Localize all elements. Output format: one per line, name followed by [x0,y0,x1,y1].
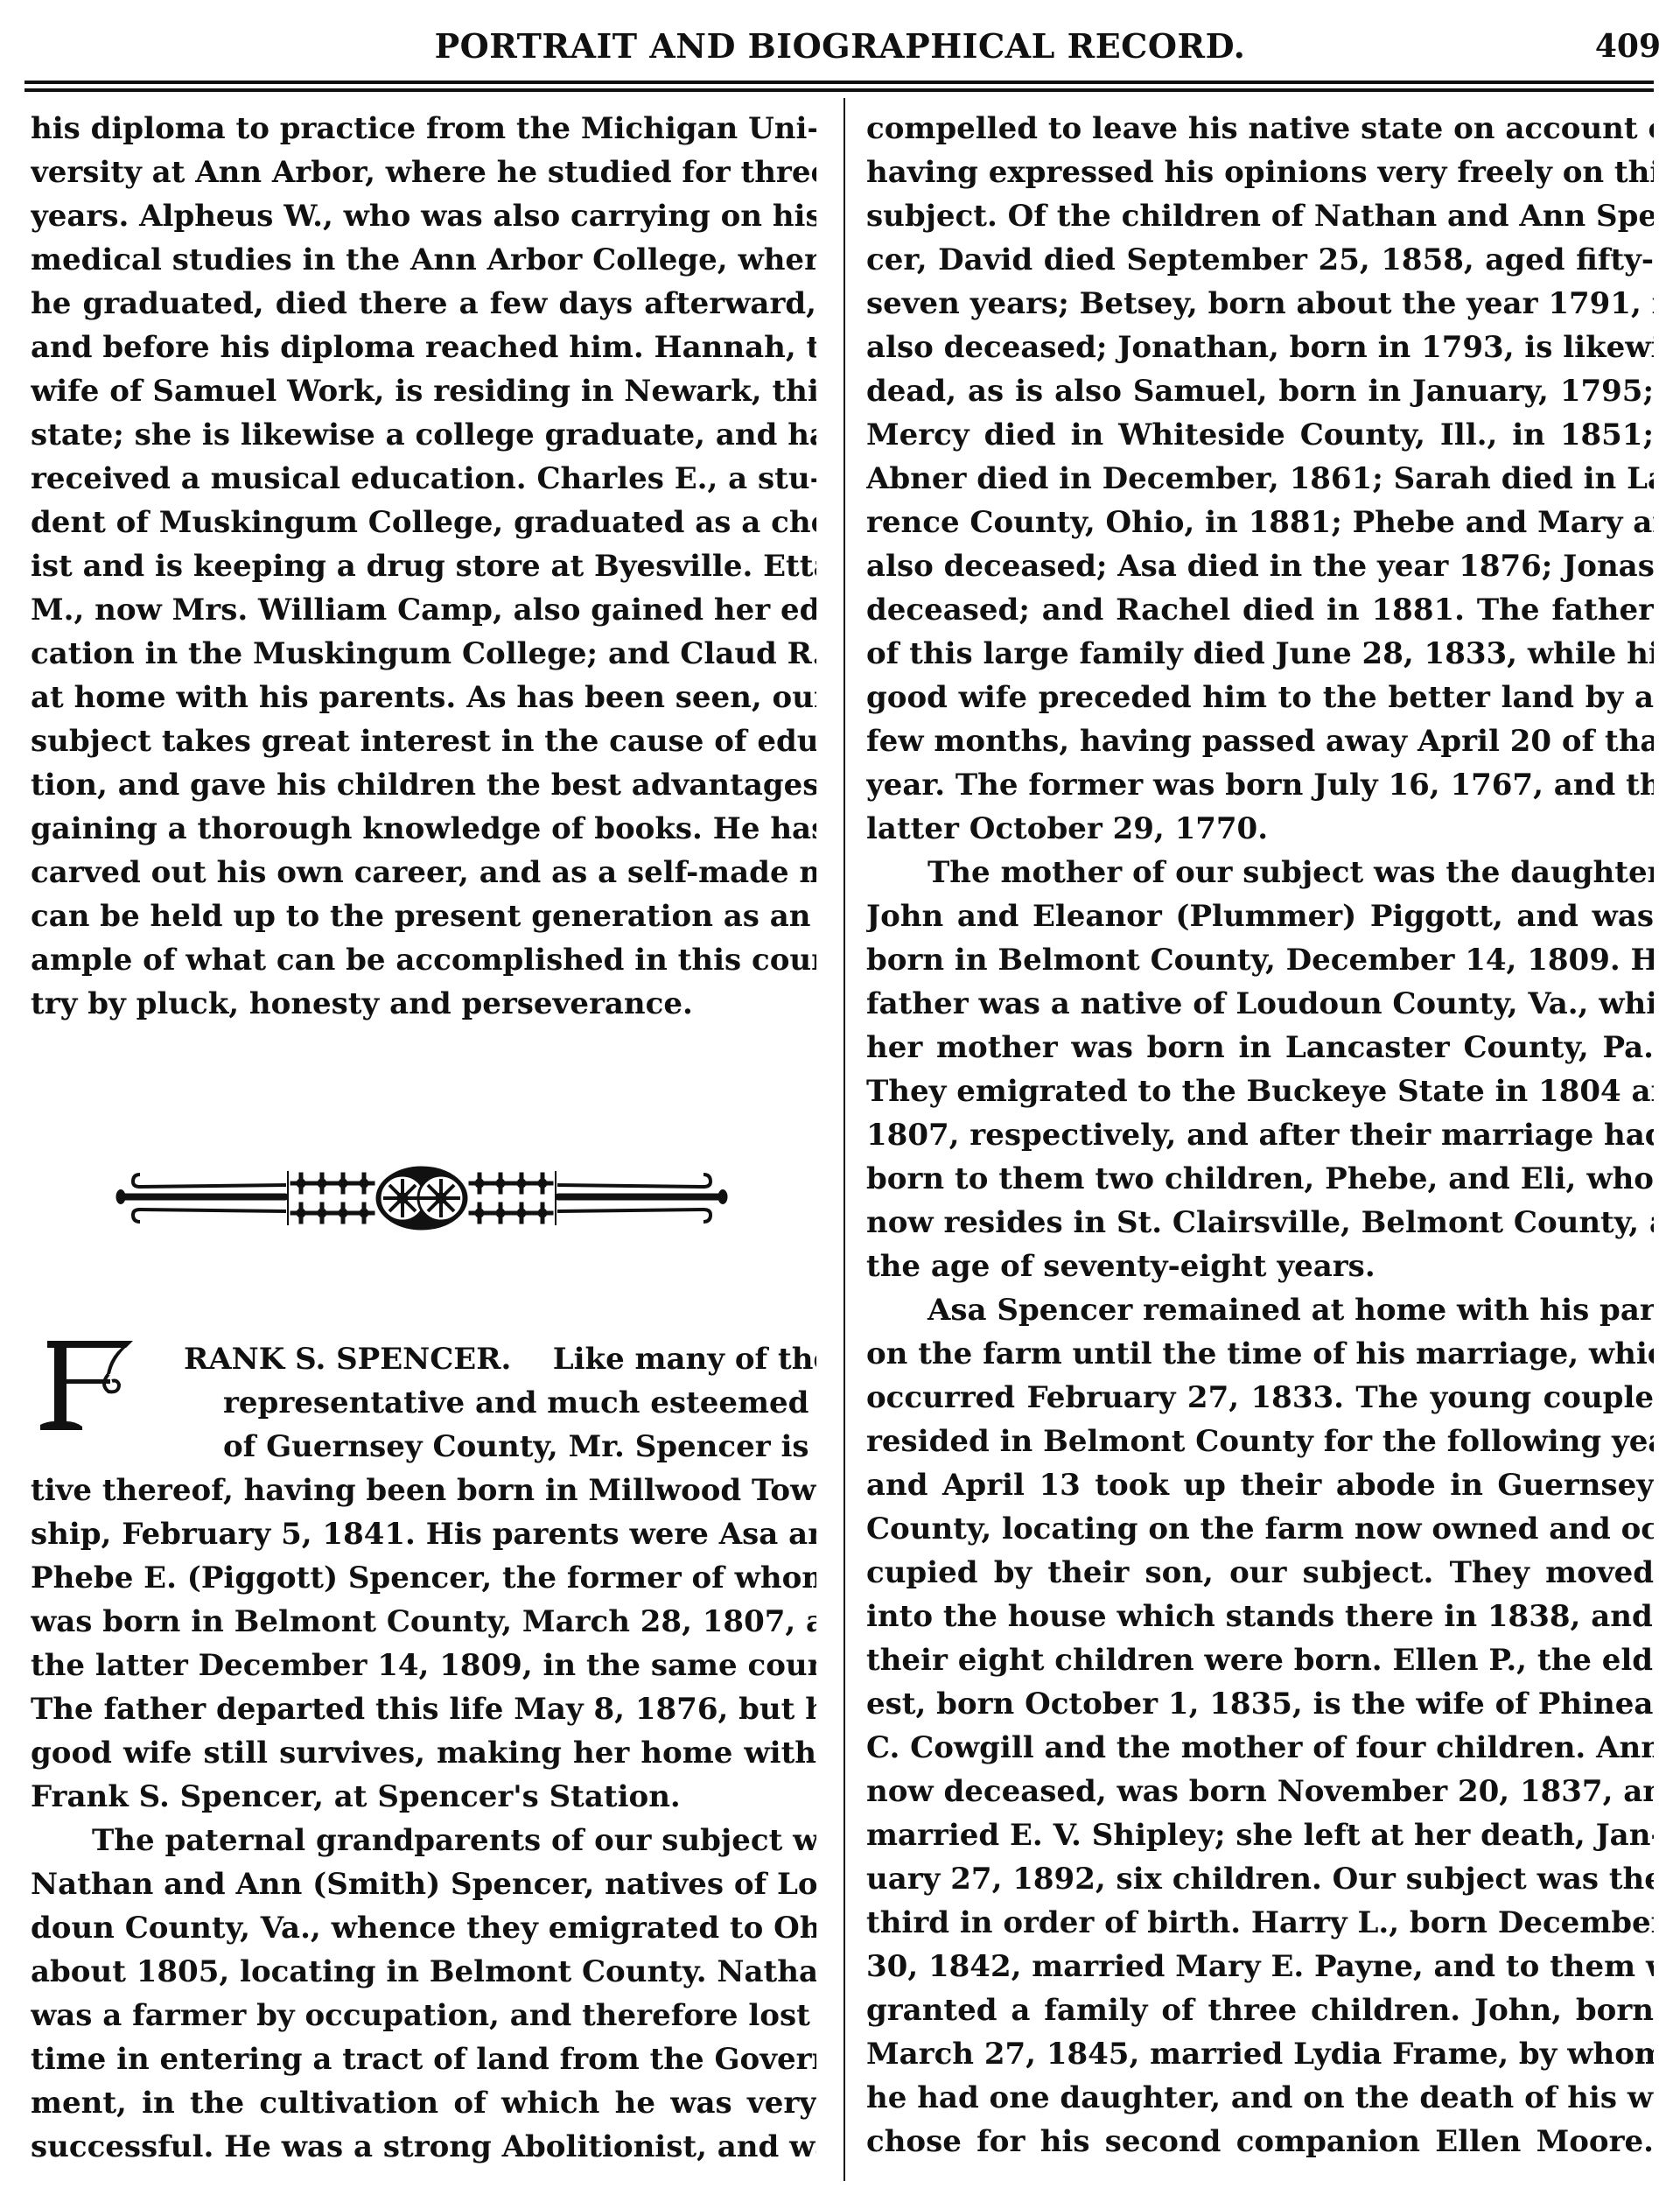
text-line: Phebe E. (Piggott) Spencer, the former o… [31,1556,816,1600]
text-line: third in order of birth. Harry L., born … [866,1901,1654,1945]
text-line: try by pluck, honesty and perseverance. [31,982,816,1026]
text-line: born to them two children, Phebe, and El… [866,1157,1654,1201]
text-line: seven years; Betsey, born about the year… [866,282,1654,326]
text-line: good wife still survives, making her hom… [31,1731,816,1775]
text-line: John and Eleanor (Plummer) Piggott, and … [866,894,1654,938]
text-line: and before his diploma reached him. Hann… [31,326,816,369]
decorative-ornament-icon [115,1164,728,1232]
text-line: 30, 1842, married Mary E. Payne, and to … [866,1945,1654,1988]
text-line: Abner died in December, 1861; Sarah died… [866,457,1654,501]
text-line: C. Cowgill and the mother of four childr… [866,1726,1654,1770]
text-line: also deceased; Asa died in the year 1876… [866,544,1654,588]
text-line: tion, and gave his children the best adv… [31,763,816,807]
text-line: dead, as is also Samuel, born in January… [866,369,1654,413]
text-line: They emigrated to the Buckeye State in 1… [866,1069,1654,1113]
text-line: gaining a thorough knowledge of books. H… [31,807,816,851]
text-line: granted a family of three children. John… [866,1988,1654,2032]
text-line: father was a native of Loudoun County, V… [866,982,1654,1026]
text-line: ample of what can be accomplished in thi… [31,938,816,982]
text-line: received a musical education. Charles E.… [31,457,816,501]
right-column: compelled to leave his native state on a… [866,107,1654,2163]
text-line: having expressed his opinions very freel… [866,151,1654,194]
text-line: he had one daughter, and on the death of… [866,2076,1654,2120]
text-line: years. Alpheus W., who was also carrying… [31,194,816,238]
text-line: now deceased, was born November 20, 1837… [866,1770,1654,1813]
text-line: of Guernsey County, Mr. Spencer is a na- [31,1425,816,1469]
text-line: cer, David died September 25, 1858, aged… [866,238,1654,282]
text-line: 1807, respectively, and after their marr… [866,1113,1654,1157]
text-line: The father departed this life May 8, 187… [31,1687,816,1731]
text-line: ship, February 5, 1841. His parents were… [31,1512,816,1556]
text-line: cation in the Muskingum College; and Cla… [31,632,816,676]
text-line: The paternal grandparents of our subject… [31,1819,816,1862]
text-line: ist and is keeping a drug store at Byesv… [31,544,816,588]
text-line: County, locating on the farm now owned a… [866,1507,1654,1551]
text-line: The mother of our subject was the daught… [866,851,1654,894]
text-line: year. The former was born July 16, 1767,… [866,763,1654,807]
header-rule-bottom [24,88,1654,92]
text-line: compelled to leave his native state on a… [866,107,1654,151]
text-line: chose for his second companion Ellen Moo… [866,2120,1654,2163]
text-line: married E. V. Shipley; she left at her d… [866,1813,1654,1857]
text-line: few months, having passed away April 20 … [866,719,1654,763]
text-line: Asa Spencer remained at home with his pa… [866,1288,1654,1332]
text-line: state; she is likewise a college graduat… [31,413,816,457]
text-line: Like many of the [553,1342,816,1377]
text-line: medical studies in the Ann Arbor College… [31,238,816,282]
text-line: occurred February 27, 1833. The young co… [866,1376,1654,1420]
text-line: M., now Mrs. William Camp, also gained h… [31,588,816,632]
text-line: doun County, Va., whence they emigrated … [31,1906,816,1950]
text-line: on the farm until the time of his marria… [866,1332,1654,1376]
text-line: now resides in St. Clairsville, Belmont … [866,1201,1654,1245]
article-opening: RANK S. SPENCER. Like many of the repres… [31,1337,816,1469]
text-line: versity at Ann Arbor, where he studied f… [31,151,816,194]
text-line: his diploma to practice from the Michiga… [31,107,816,151]
header-rule-top [24,81,1654,84]
text-line: the age of seventy-eight years. [866,1245,1654,1288]
text-line: rence County, Ohio, in 1881; Phebe and M… [866,501,1654,544]
column-divider [843,98,845,2181]
text-line: wife of Samuel Work, is residing in Newa… [31,369,816,413]
text-line: into the house which stands there in 183… [866,1595,1654,1638]
text-line: deceased; and Rachel died in 1881. The f… [866,588,1654,632]
text-line: the latter December 14, 1809, in the sam… [31,1644,816,1687]
text-line: he graduated, died there a few days afte… [31,282,816,326]
text-line: carved out his own career, and as a self… [31,851,816,894]
text-line: cupied by their son, our subject. They m… [866,1551,1654,1595]
text-line: resided in Belmont County for the follow… [866,1420,1654,1463]
text-line: her mother was born in Lancaster County,… [866,1026,1654,1069]
text-line: time in entering a tract of land from th… [31,2037,816,2081]
text-line: March 27, 1845, married Lydia Frame, by … [866,2032,1654,2076]
text-line: tive thereof, having been born in Millwo… [31,1469,816,1512]
text-line: est, born October 1, 1835, is the wife o… [866,1682,1654,1726]
text-line: also deceased; Jonathan, born in 1793, i… [866,326,1654,369]
text-line: dent of Muskingum College, graduated as … [31,501,816,544]
running-header-title: PORTRAIT AND BIOGRAPHICAL RECORD. [0,25,1680,68]
text-line: ment, in the cultivation of which he was… [31,2081,816,2125]
text-line: was a farmer by occupation, and therefor… [31,1994,816,2037]
text-line: was born in Belmont County, March 28, 18… [31,1600,816,1644]
text-line: subject takes great interest in the caus… [31,719,816,763]
text-line: about 1805, locating in Belmont County. … [31,1950,816,1994]
text-line: at home with his parents. As has been se… [31,676,816,719]
left-column-continuation: his diploma to practice from the Michiga… [31,107,816,1026]
text-line: successful. He was a strong Abolitionist… [31,2125,816,2169]
text-line: subject. Of the children of Nathan and A… [866,194,1654,238]
text-line: Nathan and Ann (Smith) Spencer, natives … [31,1862,816,1906]
text-line: latter October 29, 1770. [866,807,1654,851]
text-line: and April 13 took up their abode in Guer… [866,1463,1654,1507]
article-heading-line: RANK S. SPENCER. Like many of the [31,1337,816,1381]
text-line: good wife preceded him to the better lan… [866,676,1654,719]
article-heading: RANK S. SPENCER. [184,1342,511,1377]
article-body-left: tive thereof, having been born in Millwo… [31,1469,816,2169]
page-number: 409 [1595,25,1661,68]
text-line: representative and much esteemed citizen… [31,1381,816,1425]
text-line: born in Belmont County, December 14, 180… [866,938,1654,982]
text-line: can be held up to the present generation… [31,894,816,938]
text-line: Mercy died in Whiteside County, Ill., in… [866,413,1654,457]
text-line: uary 27, 1892, six children. Our subject… [866,1857,1654,1901]
text-line: of this large family died June 28, 1833,… [866,632,1654,676]
text-line: their eight children were born. Ellen P.… [866,1638,1654,1682]
text-line: Frank S. Spencer, at Spencer's Station. [31,1775,816,1819]
